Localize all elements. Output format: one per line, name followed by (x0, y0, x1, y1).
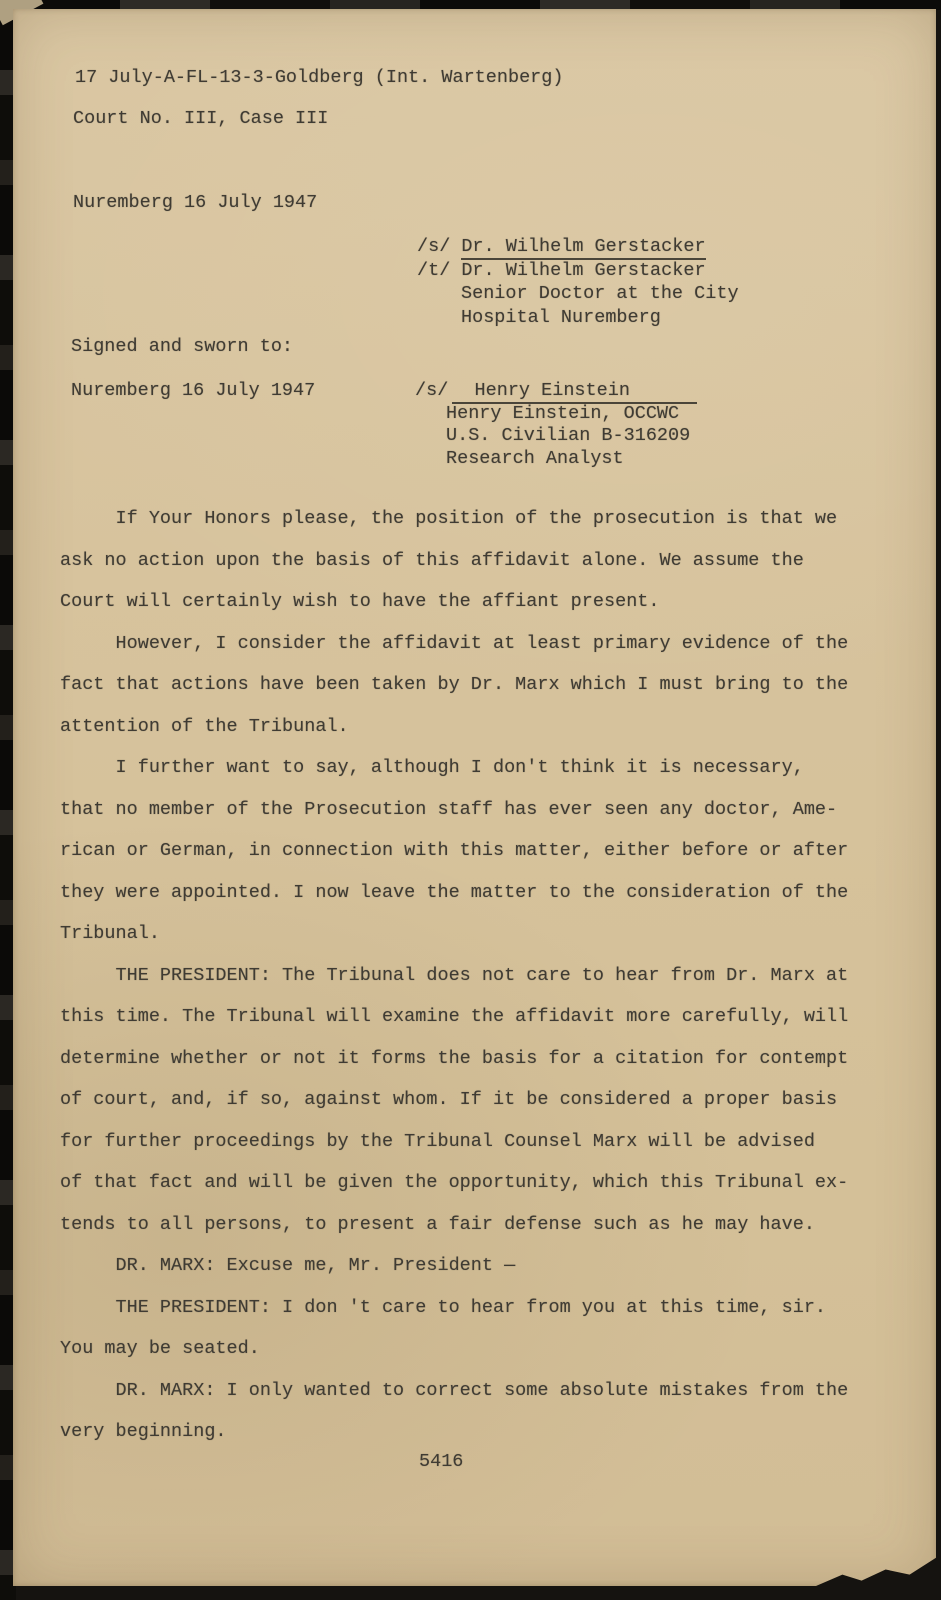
signer-title-line-2: Hospital Nuremberg (461, 306, 739, 330)
text-line: I further want to say, although I don't … (60, 747, 900, 789)
text-line: very beginning. (60, 1411, 900, 1453)
text-line: THE PRESIDENT: The Tribunal does not car… (60, 955, 900, 997)
scan-corner-tear (816, 1556, 936, 1586)
typed-name: Dr. Wilhelm Gerstacker (461, 260, 705, 281)
document-page: 17 July-A-FL-13-3-Goldberg (Int. Wartenb… (13, 9, 936, 1586)
text-line: DR. MARX: I only wanted to correct some … (60, 1370, 900, 1412)
text-line: Court will certainly wish to have the af… (60, 581, 900, 623)
text-line: determine whether or not it forms the ba… (60, 1038, 900, 1080)
text-line: You may be seated. (60, 1328, 900, 1370)
transcript-header-line-1: 17 July-A-FL-13-3-Goldberg (Int. Wartenb… (75, 67, 563, 89)
signer-id-line: U.S. Civilian B-316209 (446, 425, 697, 448)
attestation-line: Signed and sworn to: (71, 336, 293, 358)
signature-block-gerstacker: /s/Dr. Wilhelm Gerstacker /t/Dr. Wilhelm… (417, 235, 739, 329)
text-line: If Your Honors please, the position of t… (60, 498, 900, 540)
text-line: ask no action upon the basis of this aff… (60, 540, 900, 582)
signed-name-underlined: Dr. Wilhelm Gerstacker (461, 236, 705, 260)
signature-s-line: /s/ Henry Einstein (415, 380, 697, 403)
transcript-header-line-2: Court No. III, Case III (73, 108, 328, 130)
signed-name-underlined: Henry Einstein (452, 380, 696, 404)
s-prefix: /s/ (415, 380, 448, 401)
text-line: attention of the Tribunal. (60, 706, 900, 748)
signer-title-line-1: Senior Doctor at the City (461, 282, 739, 306)
text-line: of court, and, if so, against whom. If i… (60, 1079, 900, 1121)
text-line: DR. MARX: Excuse me, Mr. President — (60, 1245, 900, 1287)
text-line: tends to all persons, to present a fair … (60, 1204, 900, 1246)
s-prefix: /s/ (417, 236, 450, 257)
t-prefix: /t/ (417, 260, 450, 281)
dateline-first: Nuremberg 16 July 1947 (73, 192, 317, 214)
text-line: this time. The Tribunal will examine the… (60, 996, 900, 1038)
text-line: Tribunal. (60, 913, 900, 955)
text-line: rican or German, in connection with this… (60, 830, 900, 872)
text-line: of that fact and will be given the oppor… (60, 1162, 900, 1204)
signer-name-line: Henry Einstein, OCCWC (446, 403, 697, 426)
signer-role-line: Research Analyst (446, 448, 697, 471)
text-line: fact that actions have been taken by Dr.… (60, 664, 900, 706)
text-line: However, I consider the affidavit at lea… (60, 623, 900, 665)
dateline-second: Nuremberg 16 July 1947 (71, 380, 315, 402)
signature-s-line: /s/Dr. Wilhelm Gerstacker (417, 235, 739, 259)
text-line: THE PRESIDENT: I don 't care to hear fro… (60, 1287, 900, 1329)
transcript-body: If Your Honors please, the position of t… (60, 498, 900, 1453)
text-line: for further proceedings by the Tribunal … (60, 1121, 900, 1163)
signature-block-einstein: /s/ Henry Einstein Henry Einstein, OCCWC… (415, 380, 697, 470)
text-line: they were appointed. I now leave the mat… (60, 872, 900, 914)
signature-t-line: /t/Dr. Wilhelm Gerstacker (417, 259, 739, 283)
page-number: 5416 (419, 1451, 463, 1473)
text-line: that no member of the Prosecution staff … (60, 789, 900, 831)
